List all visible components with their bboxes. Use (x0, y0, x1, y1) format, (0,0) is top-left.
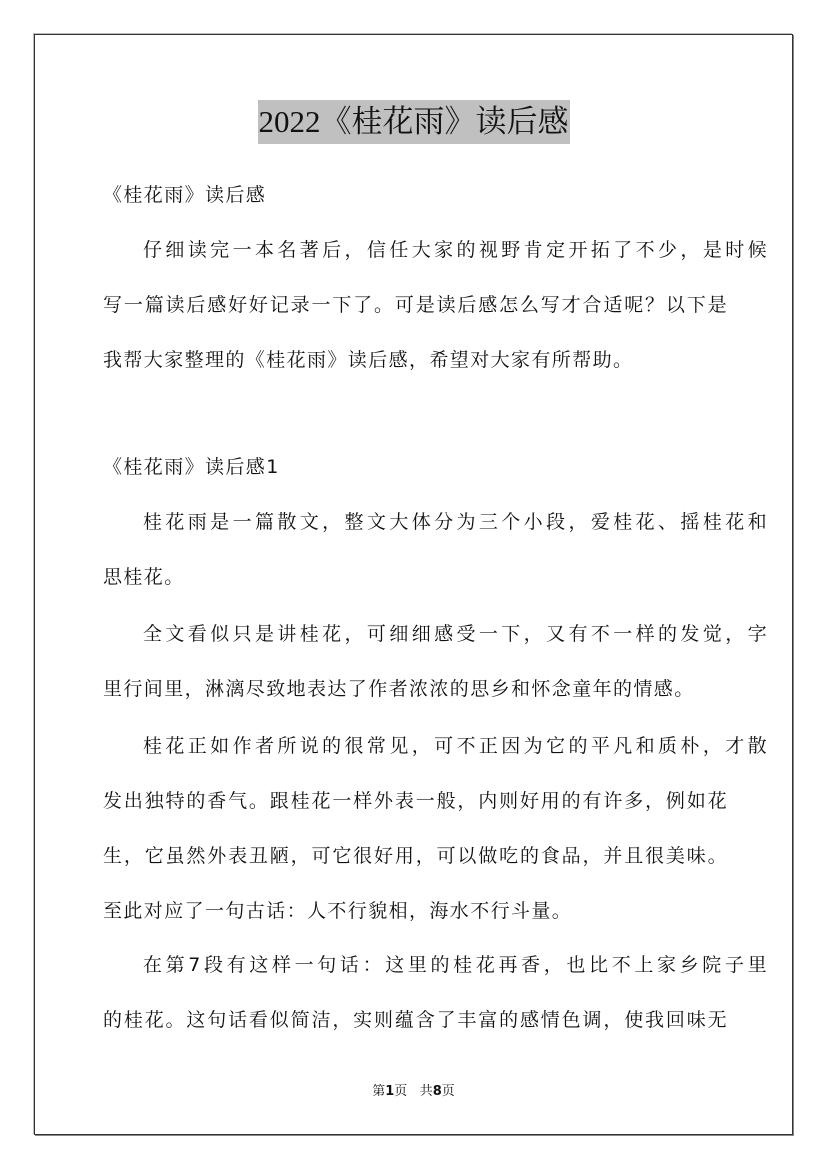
subtitle-line: 《桂花雨》读后感 (103, 180, 266, 210)
paragraph-line: 仔细读完一本名著后，信任大家的视野肯定开拓了不少，是时候 (103, 235, 768, 265)
paragraph-line: 的桂花。这句话看似简洁，实则蕴含了丰富的感情色调，使我回味无 (103, 1005, 728, 1035)
page-footer: 第1页 共8页 (0, 1080, 827, 1099)
paragraph-line: 写一篇读后感好好记录一下了。可是读后感怎么写才合适呢？以下是 (103, 290, 728, 320)
paragraph-line: 桂花正如作者所说的很常见，可不正因为它的平凡和质朴，才散 (103, 731, 768, 761)
paragraph-line: 发出独特的香气。跟桂花一样外表一般，内则好用的有许多，例如花 (103, 786, 728, 816)
document-title: 2022《桂花雨》读后感 (258, 100, 570, 144)
paragraph-line: 生，它虽然外表丑陋，可它很好用，可以做吃的食品，并且很美味。 (103, 841, 728, 871)
title-container: 2022《桂花雨》读后感 (0, 100, 827, 144)
paragraph-line: 里行间里，淋漓尽致地表达了作者浓浓的思乡和怀念童年的情感。 (103, 674, 695, 704)
paragraph-line: 全文看似只是讲桂花，可细细感受一下，又有不一样的发觉，字 (103, 619, 768, 649)
total-unit: 页 (442, 1084, 455, 1099)
paragraph-line: 我帮大家整理的《桂花雨》读后感，希望对大家有所帮助。 (103, 345, 633, 375)
paragraph-line: 至此对应了一句古话：人不行貌相，海水不行斗量。 (103, 896, 572, 926)
total-page-count: 8 (433, 1084, 442, 1099)
current-page-number: 1 (385, 1084, 394, 1099)
total-prefix: 共 (420, 1084, 433, 1099)
paragraph-line: 思桂花。 (103, 562, 185, 592)
page-prefix: 第 (372, 1084, 385, 1099)
paragraph-line: 桂花雨是一篇散文，整文大体分为三个小段，爱桂花、摇桂花和 (103, 507, 768, 537)
section-heading: 《桂花雨》读后感1 (103, 452, 280, 482)
page-unit: 页 (394, 1084, 407, 1099)
paragraph-line: 在第7段有这样一句话：这里的桂花再香，也比不上家乡院子里 (103, 950, 768, 980)
